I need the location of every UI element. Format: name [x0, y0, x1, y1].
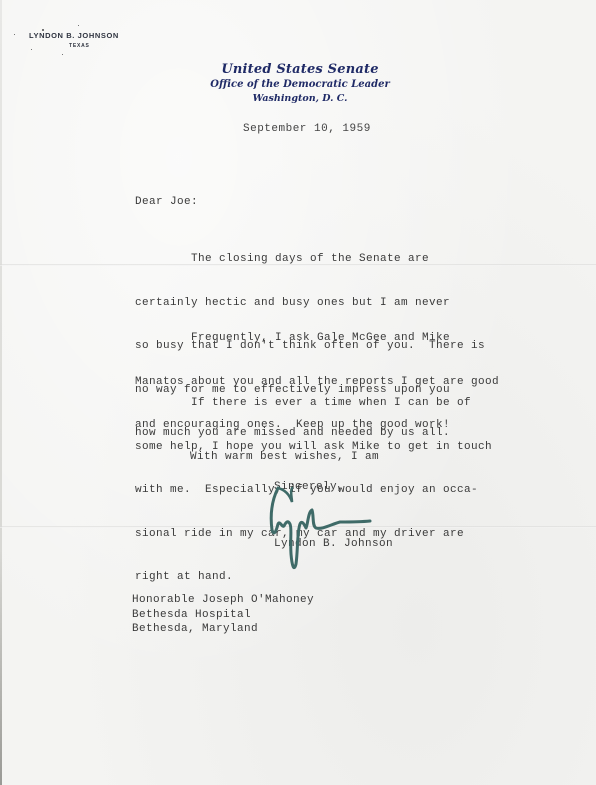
body-line: The closing days of the Senate are: [135, 252, 485, 267]
letterhead-office: Office of the Democratic Leader: [190, 78, 410, 92]
sender-block: LYNDON B. JOHNSON TEXAS: [29, 31, 119, 49]
ink-speck: [78, 25, 79, 26]
letterhead-title: United States Senate: [190, 61, 410, 78]
signoff: Sincerely,: [274, 481, 344, 493]
recipient-city: Bethesda, Maryland: [132, 622, 314, 637]
body-line: right at hand.: [135, 570, 492, 585]
paper-edge: [0, 0, 2, 785]
letterhead-location: Washington, D. C.: [190, 92, 410, 106]
sender-state: TEXAS: [29, 43, 119, 49]
ink-speck: [14, 34, 15, 35]
recipient-institution: Bethesda Hospital: [132, 608, 314, 623]
ink-speck: [31, 49, 32, 50]
body-line: Frequently, I ask Gale McGee and Mike: [135, 331, 499, 346]
recipient-address: Honorable Joseph O'Mahoney Bethesda Hosp…: [132, 593, 314, 637]
closing-line: With warm best wishes, I am: [190, 451, 379, 463]
salutation: Dear Joe:: [135, 196, 198, 208]
letter-date: September 10, 1959: [243, 123, 371, 135]
typed-signature-name: Lyndon B. Johnson: [274, 538, 393, 550]
recipient-name: Honorable Joseph O'Mahoney: [132, 593, 314, 608]
ink-speck: [62, 54, 63, 55]
sender-name: LYNDON B. JOHNSON: [29, 31, 119, 40]
body-line: If there is ever a time when I can be of: [135, 396, 492, 411]
letterhead: United States Senate Office of the Democ…: [190, 61, 410, 106]
